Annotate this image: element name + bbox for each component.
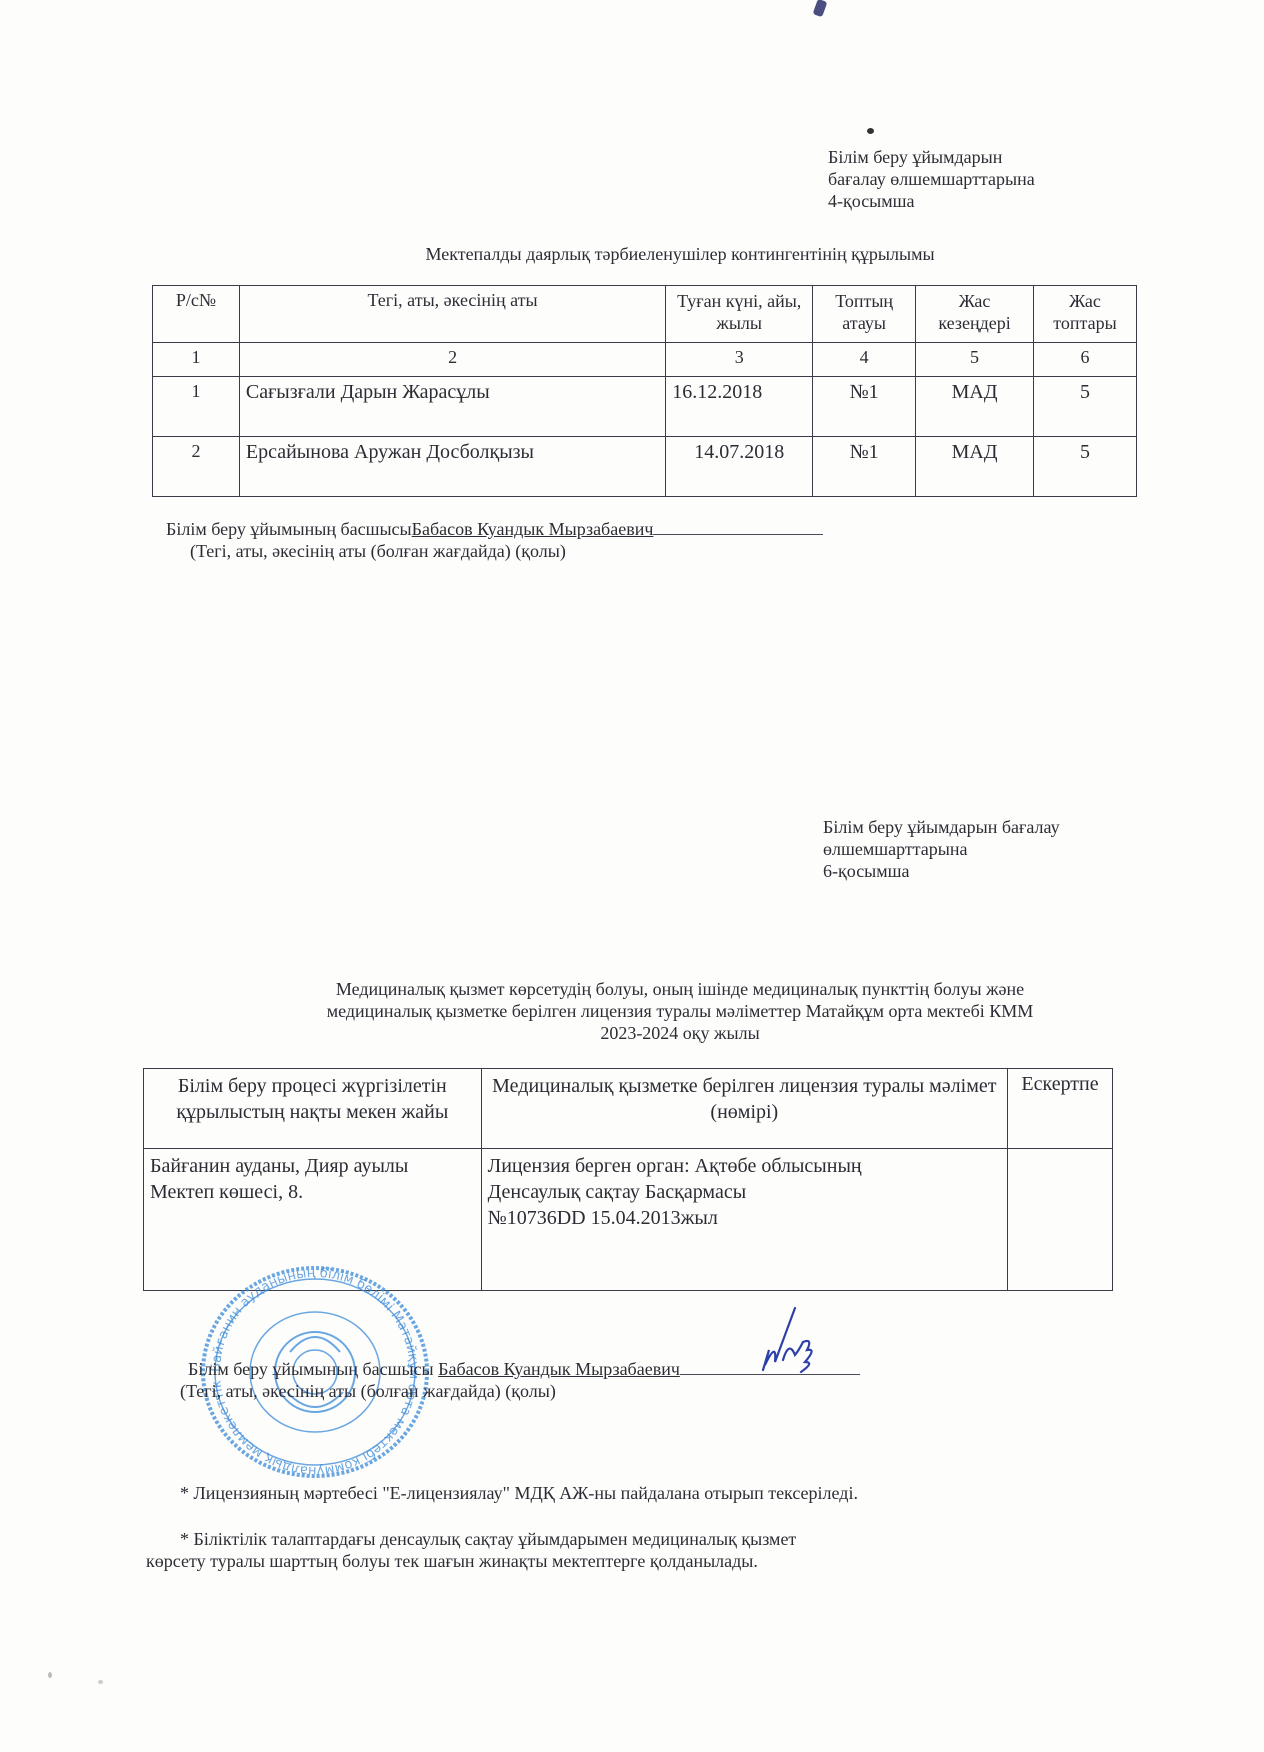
annex-line: Білім беру ұйымдарын (828, 146, 1035, 168)
annex-6-note: Білім беру ұйымдарын бағалау өлшемшартта… (823, 816, 1060, 882)
row-group: №1 (813, 377, 916, 437)
row-name: Ерсайынова Аружан Досболқызы (239, 437, 665, 497)
annex-line: Білім беру ұйымдарын бағалау (823, 816, 1060, 838)
header-address: Білім беру процесі жүргізілетін құрылыст… (144, 1069, 482, 1149)
signature-label: Білім беру ұйымының басшысы (166, 519, 412, 539)
col-number: 4 (813, 343, 916, 377)
header-cell: Топтың атауы (813, 286, 916, 343)
table-row: 2 Ерсайынова Аружан Досболқызы 14.07.201… (153, 437, 1137, 497)
director-name: Бабасов Куандык Мырзабаевич (438, 1359, 680, 1379)
footnote-1: * Лицензияның мәртебесі "Е-лицензиялау" … (180, 1482, 858, 1504)
row-age-group: 5 (1034, 437, 1137, 497)
header-row: Білім беру процесі жүргізілетін құрылыст… (144, 1069, 1113, 1149)
handwritten-signature-icon (755, 1300, 835, 1380)
title-line: Медициналық қызмет көрсетудің болуы, оны… (250, 978, 1110, 1000)
license-line: №10736DD 15.04.2013жыл (488, 1205, 1001, 1231)
footnote-line: көрсету туралы шарттың болуы тек шағын ж… (146, 1550, 796, 1572)
director-name: Бабасов Куандык Мырзабаевич (412, 519, 654, 539)
col-number: 6 (1034, 343, 1137, 377)
col-number: 2 (239, 343, 665, 377)
row-age-group: 5 (1034, 377, 1137, 437)
row-birth: 16.12.2018 (666, 377, 813, 437)
license-line: Денсаулық сақтау Басқармасы (488, 1179, 1001, 1205)
header-cell: Жас топтары (1034, 286, 1137, 343)
title-line: 2023-2024 оқу жылы (250, 1022, 1110, 1044)
header-cell: Туған күні, айы, жылы (666, 286, 813, 343)
col-number: 3 (666, 343, 813, 377)
number-row: 1 2 3 4 5 6 (153, 343, 1137, 377)
signature-caption: (Тегі, аты, әкесінің аты (болған жағдайд… (180, 1380, 860, 1402)
medical-license-table: Білім беру процесі жүргізілетін құрылыст… (143, 1068, 1113, 1291)
annex-line: 4-қосымша (828, 190, 1035, 212)
table-row: 1 Сағызғали Дарын Жарасұлы 16.12.2018 №1… (153, 377, 1137, 437)
scan-dot (867, 128, 874, 134)
header-cell: Р/с№ (153, 286, 240, 343)
row-period: МАД (916, 437, 1034, 497)
contingent-table: Р/с№ Тегі, аты, әкесінің аты Туған күні,… (152, 285, 1137, 497)
table2-title: Медициналық қызмет көрсетудің болуы, оны… (250, 978, 1110, 1044)
annex-line: 6-қосымша (823, 860, 1060, 882)
scan-mark (813, 0, 828, 17)
license-cell: Лицензия берген орган: Ақтөбе облысының … (481, 1149, 1007, 1291)
signature-blank-line (653, 520, 823, 535)
annex-4-note: Білім беру ұйымдарын бағалау өлшемшартта… (828, 146, 1035, 212)
scan-speck (98, 1680, 103, 1684)
address-line: Мектеп көшесі, 8. (150, 1179, 475, 1205)
row-no: 1 (153, 377, 240, 437)
address-line: Байғанин ауданы, Дияр ауылы (150, 1153, 475, 1179)
row-name: Сағызғали Дарын Жарасұлы (239, 377, 665, 437)
title-line: медициналық қызметке берілген лицензия т… (250, 1000, 1110, 1022)
header-row: Р/с№ Тегі, аты, әкесінің аты Туған күні,… (153, 286, 1137, 343)
header-cell: Тегі, аты, әкесінің аты (239, 286, 665, 343)
header-cell: Жас кезеңдері (916, 286, 1034, 343)
row-no: 2 (153, 437, 240, 497)
signature-block-1: Білім беру ұйымының басшысыБабасов Куанд… (166, 518, 823, 562)
row-group: №1 (813, 437, 916, 497)
footnote-line: * Біліктілік талаптардағы денсаулық сақт… (146, 1528, 796, 1550)
license-line: Лицензия берген орган: Ақтөбе облысының (488, 1153, 1001, 1179)
header-note: Ескертпе (1008, 1069, 1113, 1149)
note-cell (1008, 1149, 1113, 1291)
row-period: МАД (916, 377, 1034, 437)
scan-speck (48, 1672, 52, 1678)
annex-line: өлшемшарттарына (823, 838, 1060, 860)
col-number: 1 (153, 343, 240, 377)
row-birth: 14.07.2018 (666, 437, 813, 497)
signature-caption: (Тегі, аты, әкесінің аты (болған жағдайд… (166, 540, 823, 562)
header-license: Медициналық қызметке берілген лицензия т… (481, 1069, 1007, 1149)
annex-line: бағалау өлшемшарттарына (828, 168, 1035, 190)
table1-title: Мектепалды даярлық тәрбиеленушілер конти… (330, 243, 1030, 265)
col-number: 5 (916, 343, 1034, 377)
signature-label: Білім беру ұйымының басшысы (188, 1359, 434, 1379)
footnote-2: * Біліктілік талаптардағы денсаулық сақт… (146, 1528, 796, 1572)
